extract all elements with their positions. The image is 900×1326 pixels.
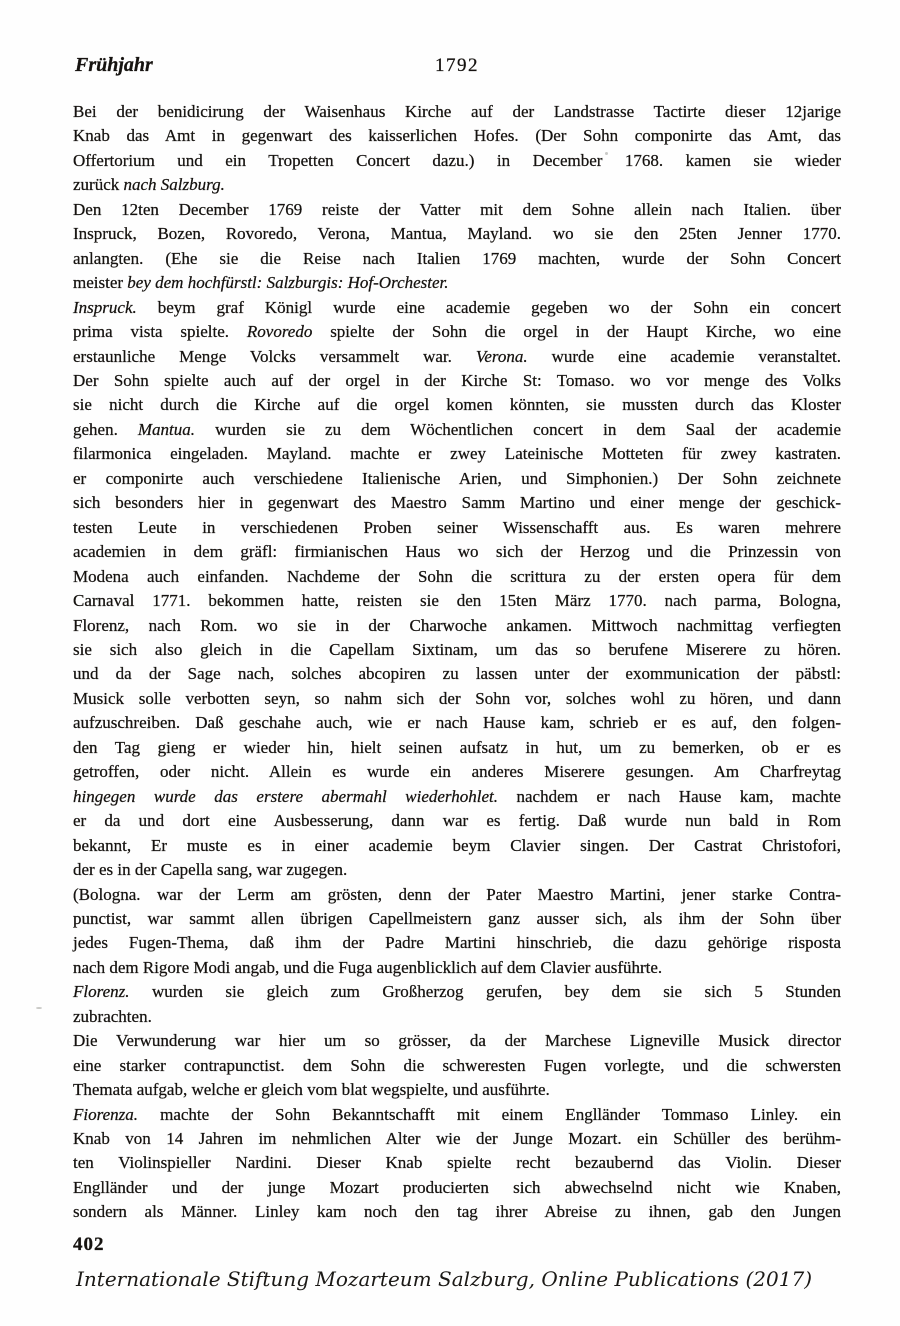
attribution-line: Internationale Stiftung Mozarteum Salzbu…	[76, 1267, 812, 1291]
text-line: Der Sohn spielte auch auf der orgel in d…	[73, 369, 841, 393]
paragraph: Inspruck. beym graf Königl wurde eine ac…	[73, 296, 841, 883]
body-text: Bei der benidicirung der Waisenhaus Kirc…	[73, 100, 841, 1225]
text-line: sich besonders hier in gegenwart des Mae…	[73, 491, 841, 515]
text-line: Musick solle verbotten seyn, so nahm sic…	[73, 687, 841, 711]
text-line: ten Violinspieller Nardini. Dieser Knab …	[73, 1151, 841, 1175]
text-line: Modena auch einfanden. Nachdeme der Sohn…	[73, 565, 841, 589]
text-line: filarmonica eingeladen. Mayland. machte …	[73, 442, 841, 466]
paragraph: Die Verwunderung war hier um so grösser,…	[73, 1029, 841, 1102]
page-header: Frühjahr 1792	[73, 54, 841, 84]
text-line: nach dem Rigore Modi angab, und die Fuga…	[73, 956, 841, 980]
text-line: Englländer und der junge Mozart producie…	[73, 1176, 841, 1200]
text-line: meister bey dem hochfürstl: Salzburgis: …	[73, 271, 841, 295]
scan-speck	[36, 1007, 42, 1009]
text-line: Offertorium und ein Tropetten Concert da…	[73, 149, 841, 173]
text-line: hingegen wurde das erstere abermahl wied…	[73, 785, 841, 809]
text-line: sie nicht durch die Kirche auf die orgel…	[73, 393, 841, 417]
text-line: (Bologna. war der Lerm am grösten, denn …	[73, 883, 841, 907]
text-line: testen Leute in verschiedenen Proben sei…	[73, 516, 841, 540]
text-line: Themata aufgab, welche er gleich vom bla…	[73, 1078, 841, 1102]
scan-speck	[605, 152, 608, 155]
text-line: der es in der Capella sang, war zugegen.	[73, 858, 841, 882]
text-line: jedes Fugen-Thema, daß ihm der Padre Mar…	[73, 931, 841, 955]
text-line: Inspruck, Bozen, Rovoredo, Verona, Mantu…	[73, 222, 841, 246]
text-line: Bei der benidicirung der Waisenhaus Kirc…	[73, 100, 841, 124]
text-line: er da und dort eine Ausbesserung, dann w…	[73, 809, 841, 833]
text-line: Inspruck. beym graf Königl wurde eine ac…	[73, 296, 841, 320]
text-line: Knab das Amt in gegenwart des kaisserlic…	[73, 124, 841, 148]
text-line: Den 12ten December 1769 reiste der Vatte…	[73, 198, 841, 222]
text-line: Florenz. wurden sie gleich zum Großherzo…	[73, 980, 841, 1004]
text-line: zurück nach Salzburg.	[73, 173, 841, 197]
text-line: Carnaval 1771. bekommen hatte, reisten s…	[73, 589, 841, 613]
text-line: getroffen, oder nicht. Allein es wurde e…	[73, 760, 841, 784]
text-line: er componirte auch verschiedene Italieni…	[73, 467, 841, 491]
paragraph: Den 12ten December 1769 reiste der Vatte…	[73, 198, 841, 296]
text-line: bekannt, Er muste es in einer academie b…	[73, 834, 841, 858]
text-line: den Tag gieng er wieder hin, hielt seine…	[73, 736, 841, 760]
paragraph: Florenz. wurden sie gleich zum Großherzo…	[73, 980, 841, 1029]
text-line: sondern als Männer. Linley kam noch den …	[73, 1200, 841, 1224]
text-line: Die Verwunderung war hier um so grösser,…	[73, 1029, 841, 1053]
text-line: Fiorenza. machte der Sohn Bekanntschafft…	[73, 1103, 841, 1127]
text-line: Florenz, nach Rom. wo sie in der Charwoc…	[73, 614, 841, 638]
paragraph: Bei der benidicirung der Waisenhaus Kirc…	[73, 100, 841, 198]
header-year: 1792	[73, 55, 841, 77]
text-line: und da der Sage nach, solches abcopiren …	[73, 662, 841, 686]
text-line: eine starker contrapunctist. dem Sohn di…	[73, 1054, 841, 1078]
text-line: erstaunliche Menge Volcks versammelt war…	[73, 345, 841, 369]
text-line: anlangten. (Ehe sie die Reise nach Itali…	[73, 247, 841, 271]
paragraph: Fiorenza. machte der Sohn Bekanntschafft…	[73, 1103, 841, 1225]
text-line: gehen. Mantua. wurden sie zu dem Wöchent…	[73, 418, 841, 442]
text-line: aufzuschreiben. Daß geschahe auch, wie e…	[73, 711, 841, 735]
text-line: prima vista spielte. Rovoredo spielte de…	[73, 320, 841, 344]
text-line: punctist, war sammt allen übrigen Capell…	[73, 907, 841, 931]
text-line: Knab von 14 Jahren im nehmlichen Alter w…	[73, 1127, 841, 1151]
text-line: zubrachten.	[73, 1005, 841, 1029]
text-line: academien in dem gräfl: firmianischen Ha…	[73, 540, 841, 564]
page-number: 402	[73, 1234, 105, 1256]
scanned-page: Frühjahr 1792 Bei der benidicirung der W…	[0, 0, 900, 1326]
text-line: sie sich also gleich in die Capellam Six…	[73, 638, 841, 662]
paragraph: (Bologna. war der Lerm am grösten, denn …	[73, 883, 841, 981]
